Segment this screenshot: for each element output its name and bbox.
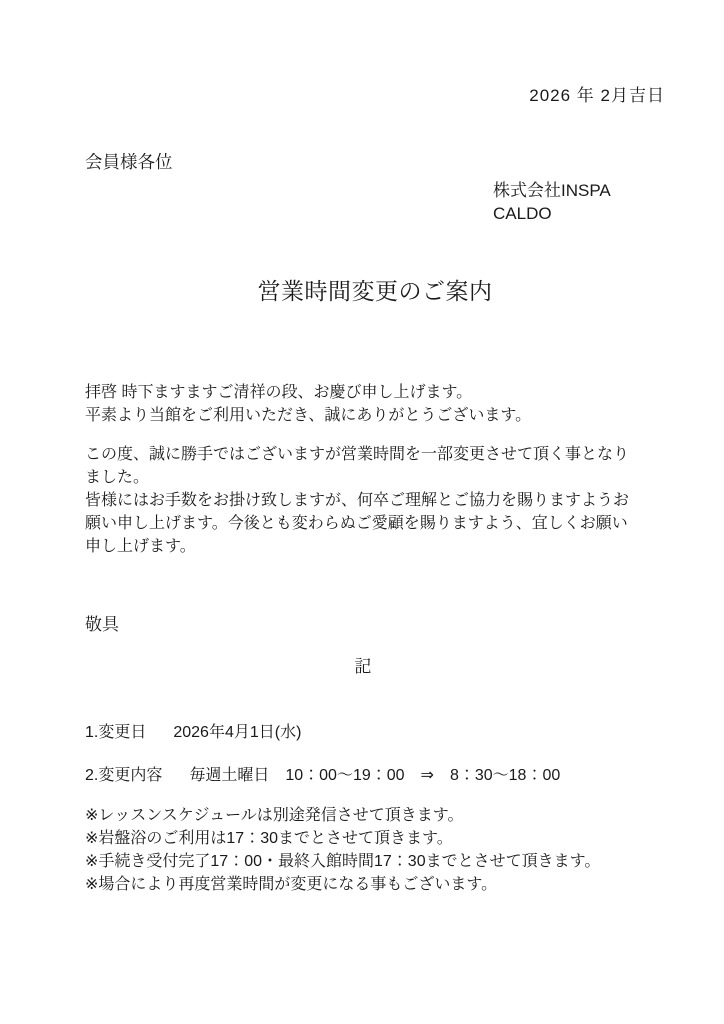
sender-brand-name: CALDO — [493, 202, 611, 225]
greeting-block: 拝啓 時下ますますご清祥の段、お慶び申し上げます。 平素より当館をご利用いただき… — [85, 381, 645, 427]
note-line: ※場合により再度営業時間が変更になる事もございます。 — [85, 873, 685, 896]
notice-document-page: 2026 年 2月吉日 会員様各位 株式会社INSPA CALDO 営業時間変更… — [0, 0, 724, 1024]
sender-company-name: 株式会社INSPA — [493, 179, 611, 202]
change-date-value: 2026年4月1日(水) — [173, 724, 301, 741]
recipient-line: 会員様各位 — [85, 151, 173, 174]
change-date-label: 1.変更日 — [85, 724, 146, 741]
change-content-value: 毎週土曜日 10：00～19：00 ⇒ 8：30～18：00 — [189, 767, 560, 784]
note-line: ※レッスンスケジュールは別途発信させて頂きます。 — [85, 804, 685, 827]
record-marker: 記 — [0, 655, 724, 678]
body-paragraph: この度、誠に勝手ではございますが営業時間を一部変更させて頂く事となりました。 — [85, 443, 641, 489]
change-content-item: 2.変更内容毎週土曜日 10：00～19：00 ⇒ 8：30～18：00 — [85, 764, 560, 787]
document-date: 2026 年 2月吉日 — [529, 84, 665, 107]
notes-block: ※レッスンスケジュールは別途発信させて頂きます。 ※岩盤浴のご利用は17：30ま… — [85, 804, 685, 896]
note-line: ※岩盤浴のご利用は17：30までとさせて頂きます。 — [85, 827, 685, 850]
body-text-block: この度、誠に勝手ではございますが営業時間を一部変更させて頂く事となりました。 皆… — [85, 443, 641, 558]
note-line: ※手続き受付完了17：00・最終入館時間17：30までとさせて頂きます。 — [85, 850, 685, 873]
sender-block: 株式会社INSPA CALDO — [493, 179, 611, 225]
body-paragraph: 皆様にはお手数をお掛け致しますが、何卒ご理解とご協力を賜りますようお願い申し上げ… — [85, 489, 641, 558]
document-title: 営業時間変更のご案内 — [0, 276, 724, 307]
greeting-line: 拝啓 時下ますますご清祥の段、お慶び申し上げます。 — [85, 381, 645, 404]
change-date-item: 1.変更日2026年4月1日(水) — [85, 721, 301, 744]
closing-word: 敬具 — [85, 613, 119, 636]
greeting-line: 平素より当館をご利用いただき、誠にありがとうございます。 — [85, 404, 645, 427]
change-content-label: 2.変更内容 — [85, 767, 162, 784]
